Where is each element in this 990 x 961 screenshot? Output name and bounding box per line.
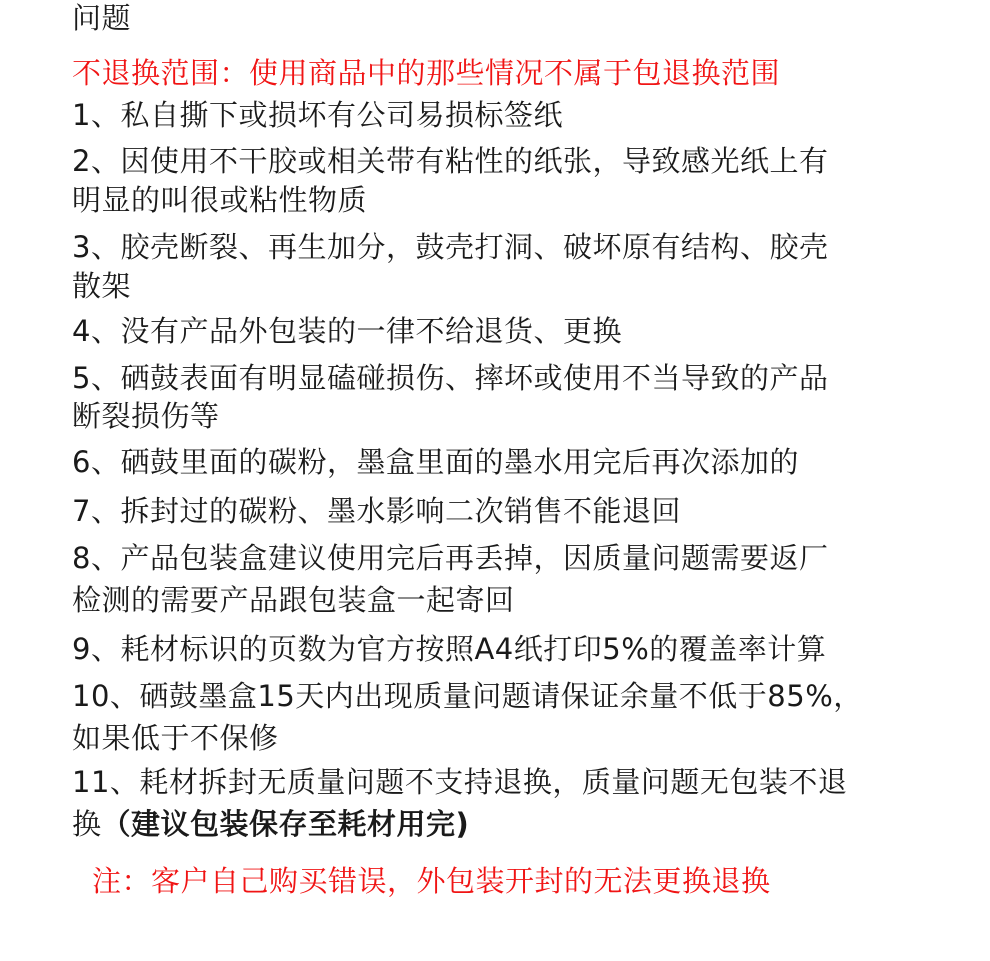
item-10: 10、硒鼓墨盒15天内出现质量问题请保证余量不低于85%， xyxy=(72,676,863,716)
item-2-cont: 明显的叫很或粘性物质 xyxy=(72,180,367,220)
item-9: 9、耗材标识的页数为官方按照A4纸打印5%的覆盖率计算 xyxy=(72,629,826,669)
item-8: 8、产品包装盒建议使用完后再丢掉，因质量问题需要返厂 xyxy=(72,538,828,578)
item-5-cont: 断裂损伤等 xyxy=(72,396,220,436)
item-3-cont: 散架 xyxy=(72,266,131,306)
item-5: 5、硒鼓表面有明显磕碰损伤、摔坏或使用不当导致的产品 xyxy=(72,358,828,398)
item-8-cont: 检测的需要产品跟包装盒一起寄回 xyxy=(72,580,515,620)
top-fragment: 问题 xyxy=(72,0,131,38)
item-6: 6、硒鼓里面的碳粉，墨盒里面的墨水用完后再次添加的 xyxy=(72,442,799,482)
item-11-cont: 换（建议包装保存至耗材用完) xyxy=(72,804,469,844)
item-11-cont-text: 换 xyxy=(72,807,102,841)
item-10-cont: 如果低于不保修 xyxy=(72,718,279,758)
item-7: 7、拆封过的碳粉、墨水影响二次销售不能退回 xyxy=(72,491,681,531)
item-2: 2、因使用不干胶或相关带有粘性的纸张，导致感光纸上有 xyxy=(72,141,828,181)
item-3: 3、胶壳断裂、再生加分，鼓壳打洞、破坏原有结构、胶壳 xyxy=(72,227,828,267)
customer-note: 注：客户自己购买错误，外包装开封的无法更换退换 xyxy=(92,861,771,901)
item-11-bold-note: （建议包装保存至耗材用完) xyxy=(102,807,470,841)
item-11: 11、耗材拆封无质量问题不支持退换，质量问题无包装不退 xyxy=(72,762,847,802)
item-4: 4、没有产品外包装的一律不给退货、更换 xyxy=(72,311,622,351)
no-return-heading: 不退换范围：使用商品中的那些情况不属于包退换范围 xyxy=(72,53,780,93)
item-1: 1、私自撕下或损坏有公司易损标签纸 xyxy=(72,95,563,135)
